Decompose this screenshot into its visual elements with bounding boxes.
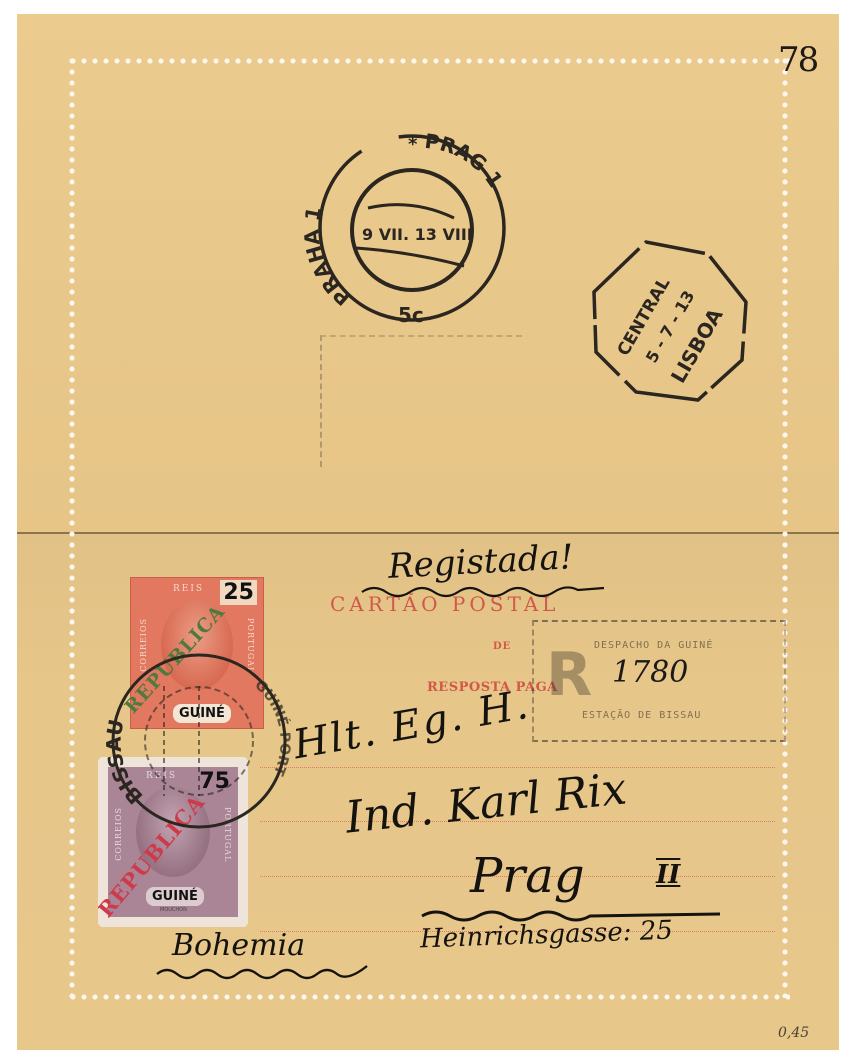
country-underline (155, 962, 375, 980)
perforation-top (70, 58, 790, 64)
bissau-right-text: GUINÉ PORT (251, 677, 292, 778)
lisboa-postmark: CENTRAL 5 - 7 - 13 LISBOA (580, 232, 760, 412)
bissau-postmark: BISSAU GUINÉ PORT (104, 646, 294, 836)
fold-line (17, 532, 839, 534)
registration-letter: R (546, 640, 592, 710)
stamp-country: GUINÉ (146, 887, 204, 906)
perforation-bottom (70, 994, 790, 1000)
praha-postmark: PRAHA 1 PRAG 1 * 9 VII. 13 VIII 5c (312, 126, 512, 336)
svg-text:BISSAU: BISSAU (102, 717, 148, 809)
address-city: Prag (470, 848, 585, 904)
svg-text:GUINÉ PORT: GUINÉ PORT (251, 677, 292, 778)
praha-date: 9 VII. 13 VIII (362, 225, 473, 244)
registration-header: DESPACHO DA GUINÉ (594, 640, 713, 651)
bissau-text: BISSAU (102, 717, 148, 809)
registration-number: 1780 (612, 655, 688, 690)
stamp-currency: REIS (173, 584, 204, 594)
faint-cancel-box (320, 335, 522, 467)
from-label: DE (493, 641, 511, 652)
address-country: Bohemia (172, 928, 305, 963)
price-note: 0,45 (778, 1025, 809, 1041)
address-line (260, 767, 775, 768)
address-district: II (656, 860, 680, 890)
praha-bottom: 5c (398, 303, 424, 327)
registration-footer: ESTAÇÃO DE BISSAU (582, 710, 701, 721)
perforation-right (782, 58, 788, 998)
corner-number: 78 (778, 40, 817, 80)
stamp-value: 25 (220, 580, 257, 605)
registered-underline (360, 580, 610, 600)
svg-text:PRAG 1: PRAG 1 (423, 129, 507, 192)
praha-star: * (408, 134, 418, 155)
perforation-left (69, 58, 75, 998)
praha-outer-right: PRAG 1 (423, 129, 507, 192)
stamp-printer: MOUCHON (160, 907, 187, 913)
